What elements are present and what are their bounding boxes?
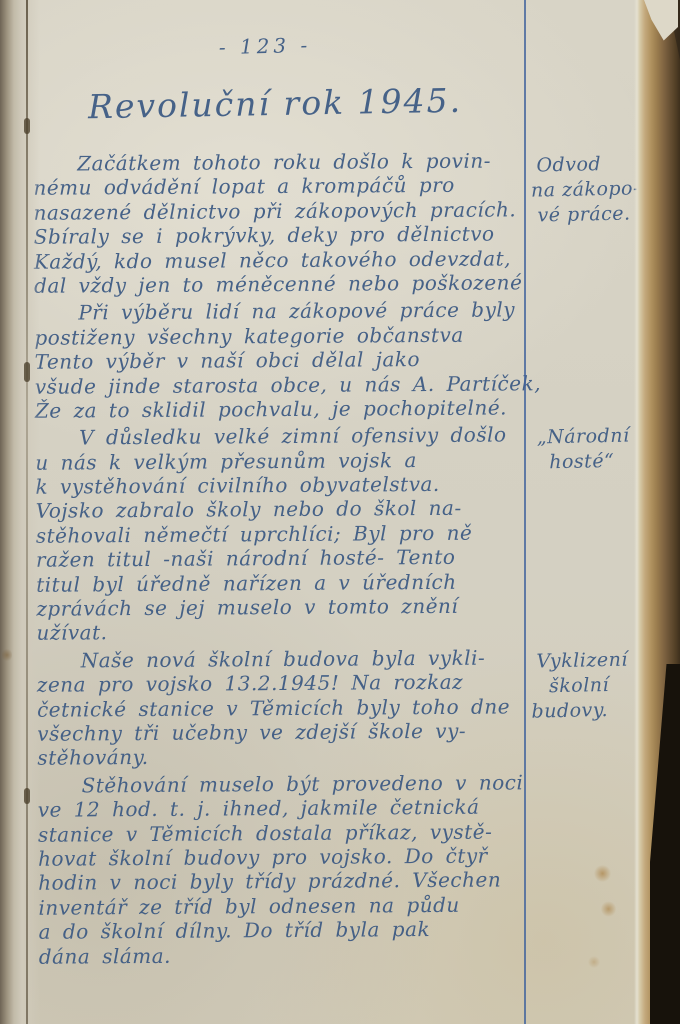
text-line: ražen titul -naši národní hosté- Tento xyxy=(36,545,536,573)
stain xyxy=(594,865,611,882)
stain xyxy=(601,901,616,917)
text-line: dal vždy jen to méněcenné nebo poškozené xyxy=(34,270,534,298)
page-number: - 123 - xyxy=(185,32,346,60)
text-line: Sbíraly se i pokrývky, deky pro dělnictv… xyxy=(34,221,534,249)
text-line: k vystěhování civilního obyvatelstva. xyxy=(35,471,535,499)
margin-rule-line xyxy=(524,0,526,1024)
text-line: užívat. xyxy=(36,618,536,646)
text-line: dána sláma. xyxy=(39,941,539,969)
text-line: Vojsko zabralo školy nebo do škol na- xyxy=(36,496,536,524)
text-line: postiženy všechny kategorie občanstva xyxy=(34,322,534,350)
text-line: Každý, kdo musel něco takového odevzdat, xyxy=(34,246,534,274)
text-line: nasazené dělnictvo při zákopových pracíc… xyxy=(33,197,533,225)
text-line: hovat školní budovy pro vojsko. Do čtyř xyxy=(38,843,538,871)
text-line: všechny tři učebny ve zdejší škole vy- xyxy=(37,718,537,746)
stain xyxy=(588,956,600,968)
page-title: Revoluční rok 1945. xyxy=(88,81,463,127)
text-line: Že za to sklidil pochvalu, je pochopitel… xyxy=(35,395,535,423)
paragraph-narodni-hoste: V důsledku velké zimní ofensivy došlo u … xyxy=(35,423,537,646)
paragraph-zakopove-prace: Začátkem tohoto roku došlo k povin- nému… xyxy=(33,148,534,298)
binding-crease xyxy=(26,0,28,1024)
binding-stitch xyxy=(24,118,30,134)
text-line: zena pro vojsko 13.2.1945! Na rozkaz xyxy=(37,669,537,697)
text-line: V důsledku velké zimní ofensivy došlo xyxy=(35,423,535,451)
text-line: u nás k velkým přesunům vojsk a xyxy=(35,447,535,475)
text-line: stěhovány. xyxy=(37,743,537,771)
stain xyxy=(2,648,12,662)
handwritten-body: Začátkem tohoto roku došlo k povin- nému… xyxy=(33,148,539,968)
paragraph-stehovani: Stěhování muselo být provedeno v noci ve… xyxy=(37,770,538,969)
book-photo: - 123 - Revoluční rok 1945. Začátkem toh… xyxy=(0,0,680,1024)
text-line: Naše nová školní budova byla vykli- xyxy=(37,645,537,673)
binding-stitch xyxy=(24,362,30,382)
paragraph-vyklizeni-skoly: Naše nová školní budova byla vykli- zena… xyxy=(37,645,538,770)
text-line: zprávách se jej muselo v tomto znění xyxy=(36,593,536,621)
text-line: četnické stanice v Těmicích byly toho dn… xyxy=(37,694,537,722)
text-line: inventář ze tříd byl odnesen na půdu xyxy=(38,892,538,920)
text-line: Tento výběr v naší obci dělal jako xyxy=(35,346,535,374)
text-line: titul byl úředně nařízen a v úředních xyxy=(36,569,536,597)
text-line: Při výběru lidí na zákopové práce byly xyxy=(34,298,534,326)
text-line: Začátkem tohoto roku došlo k povin- xyxy=(33,148,533,176)
text-line: a do školní dílny. Do tříd byla pak xyxy=(39,916,539,944)
text-line: Stěhování muselo být provedeno v noci xyxy=(37,770,537,798)
text-line: stanice v Těmicích dostala příkaz, vystě… xyxy=(38,819,538,847)
text-line: nému odvádění lopat a krompáčů pro xyxy=(33,173,533,201)
text-line: všude jinde starosta obce, u nás A. Part… xyxy=(35,371,535,399)
text-line: ve 12 hod. t. j. ihned, jakmile četnická xyxy=(38,794,538,822)
binding-stitch xyxy=(24,788,30,804)
paragraph-vyber-lidi: Při výběru lidí na zákopové práce byly p… xyxy=(34,298,535,423)
text-line: hodin v noci byly třídy prázdné. Všechen xyxy=(38,868,538,896)
text-line: stěhovali němečtí uprchlíci; Byl pro ně xyxy=(36,520,536,548)
book-gutter xyxy=(0,0,40,1024)
